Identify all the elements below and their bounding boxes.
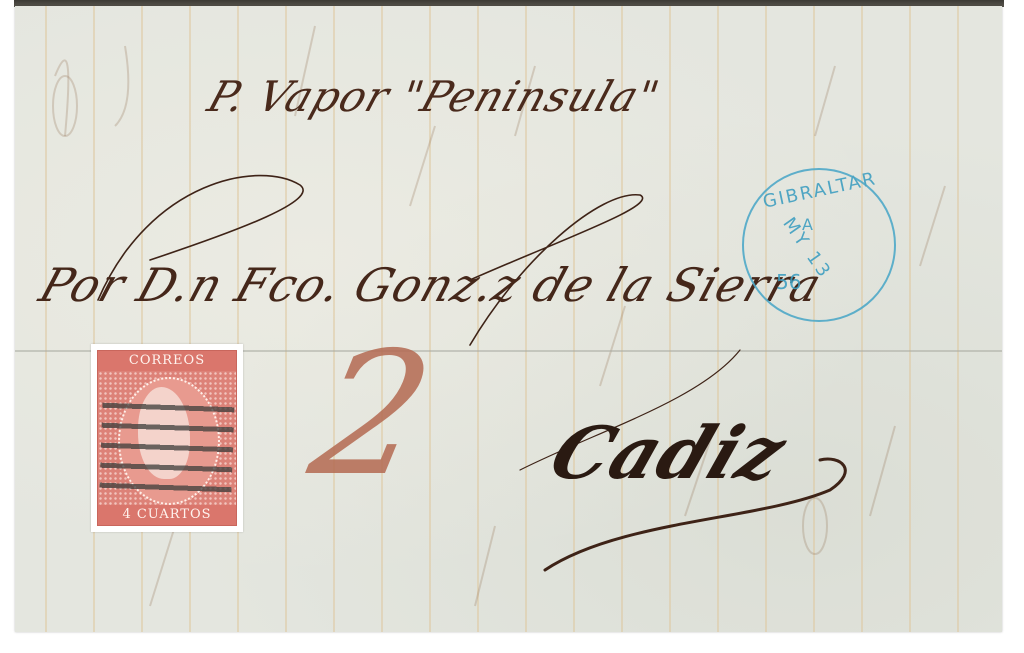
routing-line: P. Vapor "Peninsula" <box>202 72 666 121</box>
gibraltar-postmark: GIBRALTAR A MY 13 56 <box>742 168 896 322</box>
stamp-top-inscription: CORREOS <box>98 351 236 371</box>
destination-city: Cadiz <box>540 410 798 495</box>
postmark-year: 56 <box>776 270 801 294</box>
addressee-line: Por D.n Fco. Gonz.z de la Sierra <box>33 258 829 312</box>
stamp-bottom-inscription: 4 CUARTOS <box>98 505 236 525</box>
grill-cancellation <box>99 394 234 499</box>
postage-stamp: CORREOS 4 CUARTOS <box>91 344 243 532</box>
